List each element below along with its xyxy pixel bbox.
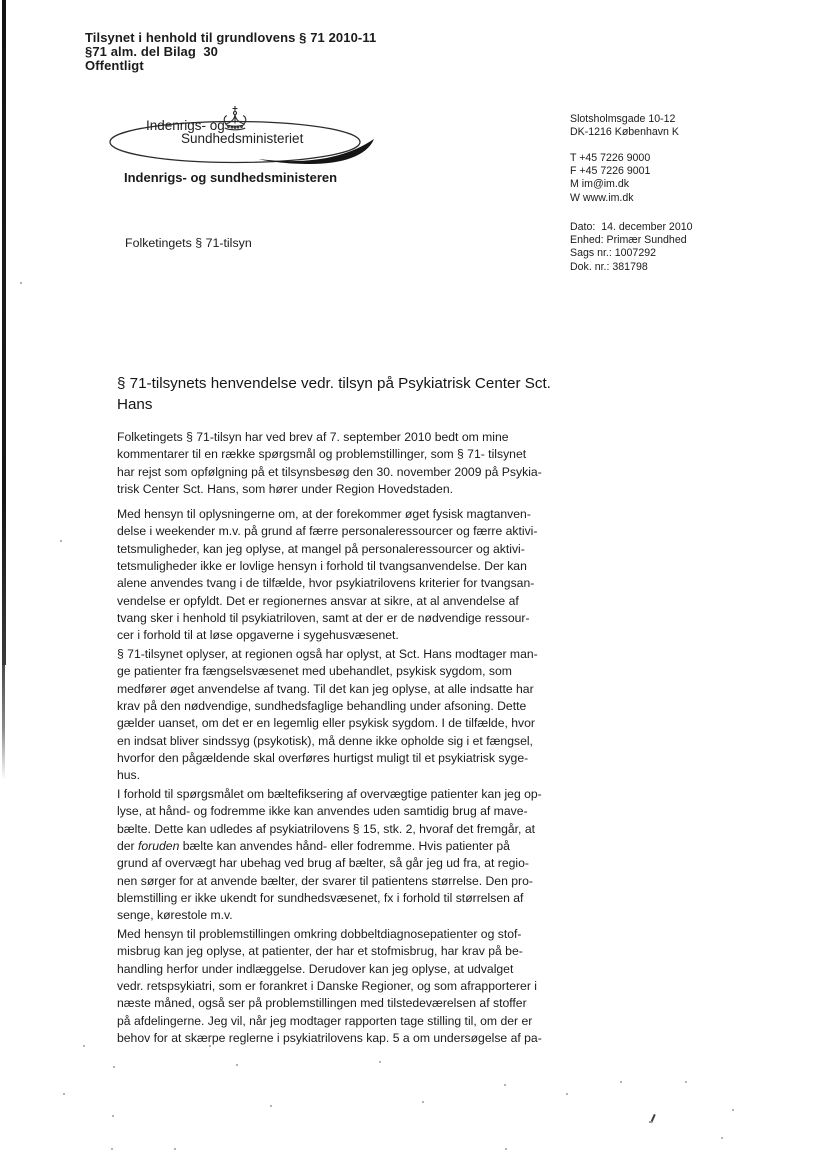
logo-text-line: Sundhedsministeriet bbox=[181, 131, 303, 146]
committee-stamp-header: Tilsynet i henhold til grundlovens § 71 … bbox=[85, 31, 376, 73]
text-line: en indsat bliver sindssyg (psykotisk), m… bbox=[117, 733, 538, 750]
meta-doc-number: Dok. nr.: 381798 bbox=[570, 261, 693, 274]
scan-speck bbox=[649, 1121, 652, 1123]
web-line: W www.im.dk bbox=[570, 192, 650, 205]
meta-case-number: Sags nr.: 1007292 bbox=[570, 247, 693, 260]
emphasized-word: foruden bbox=[138, 839, 179, 853]
scan-speck bbox=[174, 1148, 176, 1150]
scan-speck bbox=[20, 282, 22, 284]
paragraph-1: Folketingets § 71-tilsyn har ved brev af… bbox=[117, 429, 542, 498]
recipient-name: Folketingets § 71-tilsyn bbox=[125, 236, 252, 250]
text-line: gælder uanset, om det er en legemlig ell… bbox=[117, 715, 538, 732]
scan-speck bbox=[83, 1045, 85, 1047]
text-line: behov for at skærpe reglerne i psykiatri… bbox=[117, 1030, 542, 1047]
text-segment: der bbox=[117, 839, 138, 853]
text-line: hvorfor den pågældende skal overføres hu… bbox=[117, 750, 538, 767]
address-line: DK-1216 København K bbox=[570, 126, 679, 139]
text-line: alene anvendes tvang i de tilfælde, hvor… bbox=[117, 575, 537, 592]
text-line: vendelse er opfyldt. Det er regionernes … bbox=[117, 593, 537, 610]
paragraph-5: Med hensyn til problemstillingen omkring… bbox=[117, 926, 542, 1047]
text-line: blemstilling er ikke ukendt for sundheds… bbox=[117, 890, 542, 907]
scan-speck bbox=[721, 1137, 723, 1139]
letter-title-line: § 71-tilsynets henvendelse vedr. tilsyn … bbox=[117, 374, 551, 395]
email-line: M im@im.dk bbox=[570, 178, 650, 191]
stamp-line: Offentligt bbox=[85, 59, 376, 73]
text-segment: bælte kan anvendes hånd- eller fodremme.… bbox=[179, 839, 510, 853]
text-line: tetsmuligheder, kan jeg oplyse, at mange… bbox=[117, 541, 537, 558]
text-line: ge patienter fra fængselsvæsenet med ube… bbox=[117, 663, 538, 680]
scan-speck bbox=[111, 1148, 113, 1150]
scan-speck bbox=[422, 1101, 424, 1103]
phone-line: T +45 7226 9000 bbox=[570, 152, 650, 165]
text-line: på afdelingerne. Jeg vil, når jeg modtag… bbox=[117, 1013, 542, 1030]
text-line: Med hensyn til oplysningerne om, at der … bbox=[117, 506, 537, 523]
scan-speck bbox=[504, 1084, 506, 1086]
scan-speck bbox=[379, 1061, 381, 1063]
scan-artifact-left-edge-fade bbox=[2, 665, 5, 780]
text-line: lyse, at hånd- og fodremme ikke kan anve… bbox=[117, 803, 542, 820]
scan-speck bbox=[113, 1066, 115, 1068]
paragraph-2: Med hensyn til oplysningerne om, at der … bbox=[117, 506, 537, 645]
text-line: der foruden bælte kan anvendes hånd- ell… bbox=[117, 838, 542, 855]
text-line: Med hensyn til problemstillingen omkring… bbox=[117, 926, 542, 943]
scan-speck bbox=[685, 1081, 687, 1083]
stamp-line: §71 alm. del Bilag 30 bbox=[85, 45, 376, 59]
text-line: krav på den nødvendige, sundhedsfaglige … bbox=[117, 698, 538, 715]
text-line: Folketingets § 71-tilsyn har ved brev af… bbox=[117, 429, 542, 446]
text-line: trisk Center Sct. Hans, som hører under … bbox=[117, 481, 542, 498]
text-line: tetsmuligheder ikke er lovlige hensyn i … bbox=[117, 558, 537, 575]
scan-speck bbox=[63, 1093, 65, 1095]
text-line: næste måned, også ser på problemstilling… bbox=[117, 995, 542, 1012]
text-line: har rejst som opfølgning på et tilsynsbe… bbox=[117, 464, 542, 481]
text-line: senge, kørestole m.v. bbox=[117, 907, 542, 924]
letter-title-line: Hans bbox=[117, 395, 551, 416]
case-meta-block: Dato: 14. december 2010 Enhed: Primær Su… bbox=[570, 221, 693, 274]
scan-speck bbox=[620, 1081, 622, 1083]
contact-address-block: Slotsholmsgade 10-12 DK-1216 København K bbox=[570, 113, 679, 139]
fax-line: F +45 7226 9001 bbox=[570, 165, 650, 178]
text-line: cer i forhold til at løse opgaverne i sy… bbox=[117, 627, 537, 644]
scan-speck bbox=[732, 1109, 734, 1111]
text-line: grund af overvægt har ubehag ved brug af… bbox=[117, 855, 542, 872]
text-line: kommentarer til en række spørgsmål og pr… bbox=[117, 446, 542, 463]
stamp-line: Tilsynet i henhold til grundlovens § 71 … bbox=[85, 31, 376, 45]
text-line: delse i weekender m.v. på grund af færre… bbox=[117, 523, 537, 540]
scan-artifact-left-edge bbox=[2, 0, 6, 665]
letter-title: § 71-tilsynets henvendelse vedr. tilsyn … bbox=[117, 374, 551, 415]
contact-channels-block: T +45 7226 9000 F +45 7226 9001 M im@im.… bbox=[570, 152, 650, 205]
paragraph-4: I forhold til spørgsmålet om bæltefikser… bbox=[117, 786, 542, 925]
scan-speck bbox=[270, 1105, 272, 1107]
scan-speck bbox=[209, 1045, 211, 1047]
text-line: vedr. retspsykiatri, som er forankret i … bbox=[117, 978, 542, 995]
text-line: I forhold til spørgsmålet om bæltefikser… bbox=[117, 786, 542, 803]
meta-date: Dato: 14. december 2010 bbox=[570, 221, 693, 234]
scanned-letter-page: Tilsynet i henhold til grundlovens § 71 … bbox=[0, 0, 825, 1168]
scan-speck bbox=[112, 1115, 114, 1117]
meta-unit: Enhed: Primær Sundhed bbox=[570, 234, 693, 247]
sender-title: Indenrigs- og sundhedsministeren bbox=[124, 170, 337, 185]
text-line: tvang sker i henhold til psykiatriloven,… bbox=[117, 610, 537, 627]
text-line: medfører øget anvendelse af tvang. Til d… bbox=[117, 681, 538, 698]
text-line: § 71-tilsynet oplyser, at regionen også … bbox=[117, 646, 538, 663]
text-line: handling herfor under indlæggelse. Derud… bbox=[117, 961, 542, 978]
text-line: nen sørger for at anvende bælter, der sv… bbox=[117, 873, 542, 890]
text-line: misbrug kan jeg oplyse, at patienter, de… bbox=[117, 943, 542, 960]
scan-speck bbox=[60, 540, 62, 542]
scan-speck bbox=[566, 1093, 568, 1095]
paragraph-3: § 71-tilsynet oplyser, at regionen også … bbox=[117, 646, 538, 785]
address-line: Slotsholmsgade 10-12 bbox=[570, 113, 679, 126]
text-line: bælte. Dette kan udledes af psykiatrilov… bbox=[117, 821, 542, 838]
scan-speck bbox=[505, 1148, 507, 1150]
scan-speck bbox=[236, 1064, 238, 1066]
text-line: hus. bbox=[117, 767, 538, 784]
